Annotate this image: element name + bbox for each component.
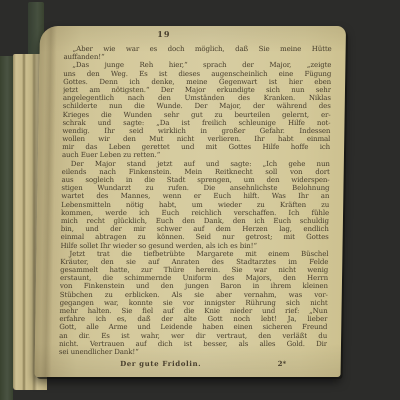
text-line: von Finkenstein und den jungen Baron in … (60, 282, 328, 290)
text-line: Lebensmitteln nötig habt, um wieder zu K… (61, 201, 329, 209)
text-line: mehr halten. Sie fiel auf die Knie niede… (59, 307, 327, 315)
text-line: schrak und sagte: „Da ist freilich schle… (62, 119, 330, 127)
text-line: schilderte nun die Wunde. Der Major, der… (63, 102, 331, 110)
text-line: wartet des Mannes, wenn er Euch hilft. W… (61, 192, 329, 200)
book-page: 19 „Aber wie war es doch möglich, daß Si… (34, 26, 346, 377)
text-line: an dir. Es ist wahr, wer dir vertraut, d… (59, 332, 327, 340)
text-line: Stübchen zu erblicken. Als sie aber vern… (60, 291, 328, 299)
text-line: Hilfe sollet Ihr wieder so gesund werden… (60, 242, 328, 250)
text-line: wendig. Ihr seid wirklich in großer Gefa… (62, 127, 330, 135)
text-line: uns den Weg. Es ist dieses augenscheinli… (63, 70, 331, 78)
text-line: „Das junge Reh hier,“ sprach der Major, … (63, 61, 331, 69)
text-line: einmal abtragen zu können. Seid nur getr… (61, 233, 329, 241)
running-footer: Der gute Fridolin. 2* (59, 359, 327, 369)
text-line: erstaunt, die schimmernde Uniform des Ma… (60, 274, 328, 282)
text-line: angelegentlich nach den Umständen des Kr… (63, 94, 331, 102)
text-line: stigen Wundarzt zu rufen. Die ansehnlich… (61, 184, 329, 192)
text-line: auch Euer Leben zu retten.“ (62, 151, 330, 159)
text-line: Gott, alle Arme und Leidende haben einen… (59, 323, 327, 331)
text-line: „Aber wie war es doch möglich, daß Sie m… (64, 45, 332, 53)
book-scan: 19 „Aber wie war es doch möglich, daß Si… (0, 0, 400, 400)
text-block: „Aber wie war es doch möglich, daß Sie m… (59, 45, 332, 356)
text-line: Der Major stand jetzt auf und sagte: „Ic… (62, 160, 330, 168)
text-line: sei unendlicher Dank!“ (59, 348, 327, 356)
text-line: erfahre ich es, daß der alte Gott noch l… (59, 315, 327, 323)
text-line: eilends nach Finkenstein. Mein Reitknech… (62, 168, 330, 176)
page-number: 19 (124, 29, 204, 39)
text-line: kommen, werde ich Euch reichlich verscha… (61, 209, 329, 217)
footer-title: Der gute Fridolin. (101, 359, 221, 368)
text-line: nicht. Vertrauen auf dich ist besser, al… (59, 340, 327, 348)
text-line: bin, und der mir schwer auf dem Herzen l… (61, 225, 329, 233)
text-line: mir das Leben gerettet und mit Gottes Hi… (62, 143, 330, 151)
text-line: Jetzt trat die tiefbetrübte Margarete mi… (60, 250, 328, 258)
text-line: aus sogleich in die Stadt sprengen, um d… (62, 176, 330, 184)
text-line: Gottes. Denn ich denke, meine Gegenwart … (63, 78, 331, 86)
text-line: jetzt am nötigsten.“ Der Major erkundigt… (63, 86, 331, 94)
text-line: Krieges die Wunden sehr gut zu beurteile… (63, 111, 331, 119)
text-line: gegangen war, konnte sie vor innigster R… (60, 299, 328, 307)
text-line: gesammelt hatte, zur Thüre herein. Sie w… (60, 266, 328, 274)
text-line: mich recht glücklich, Euch den Dank, den… (61, 217, 329, 225)
text-line: auffanden!“ (63, 53, 331, 61)
book-cover-edge-left (0, 56, 13, 400)
text-line: wollen wir den Mut nicht verlieren. Ihr … (62, 135, 330, 143)
text-line: Kräuter, den sie auf Anraten des Stadtar… (60, 258, 328, 266)
signature-mark: 2* (278, 359, 287, 368)
